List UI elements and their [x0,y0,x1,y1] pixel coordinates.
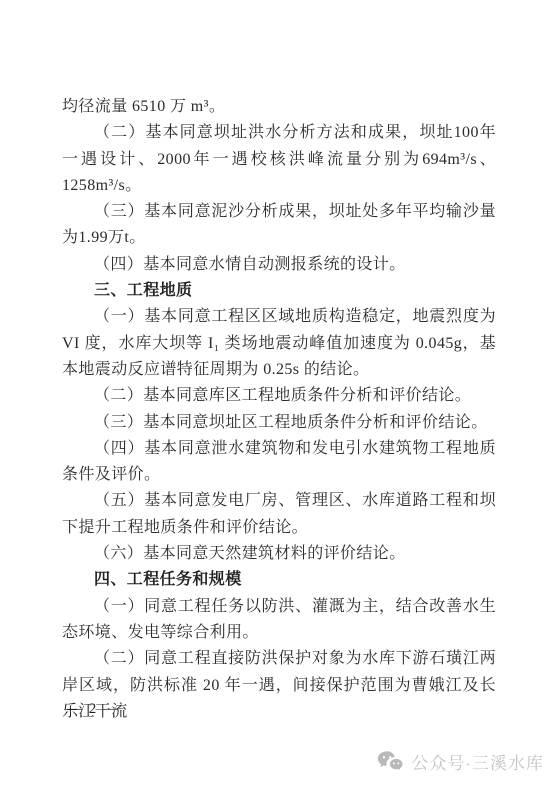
document-body: 均径流量 6510 万 m³。（二）基本同意坝址洪水分析方法和成果，坝址100年… [62,94,496,725]
paragraph: （三）基本同意坝址区工程地质条件分析和评价结论。 [62,410,496,436]
wechat-icon [377,750,404,773]
section-heading: 四、工程任务和规模 [62,567,496,593]
paragraph: （二）基本同意坝址洪水分析方法和成果，坝址100年一遇设计、2000年一遇校核洪… [62,120,496,199]
paragraph: （三）基本同意泥沙分析成果，坝址处多年平均输沙量为1.99万t。 [62,199,496,252]
paragraph: （一）同意工程任务以防洪、灌溉为主，结合改善水生态环境、发电等综合利用。 [62,594,496,647]
paragraph: （五）基本同意发电厂房、管理区、水库道路工程和坝下提升工程地质条件和评价结论。 [62,488,496,541]
paragraph: （二）基本同意库区工程地质条件分析和评价结论。 [62,383,496,409]
page-number: — 2 — [67,701,120,718]
paragraph: （六）基本同意天然建筑材料的评价结论。 [62,541,496,567]
paragraph: （四）基本同意水情自动测报系统的设计。 [62,252,496,278]
watermark: 公众号·三溪水库 [377,749,544,774]
watermark-text: 公众号·三溪水库 [411,749,544,774]
document-page: 均径流量 6510 万 m³。（二）基本同意坝址洪水分析方法和成果，坝址100年… [0,0,558,788]
section-heading: 三、工程地质 [62,278,496,304]
paragraph: （四）基本同意泄水建筑物和发电引水建筑物工程地质条件及评价。 [62,436,496,489]
paragraph: （二）同意工程直接防洪保护对象为水库下游石璜江两岸区域，防洪标准 20 年一遇，… [62,646,496,725]
paragraph: （一）基本同意工程区区域地质构造稳定，地震烈度为 VI 度，水库大坝等 I₁ 类… [62,304,496,383]
paragraph: 均径流量 6510 万 m³。 [62,94,496,120]
